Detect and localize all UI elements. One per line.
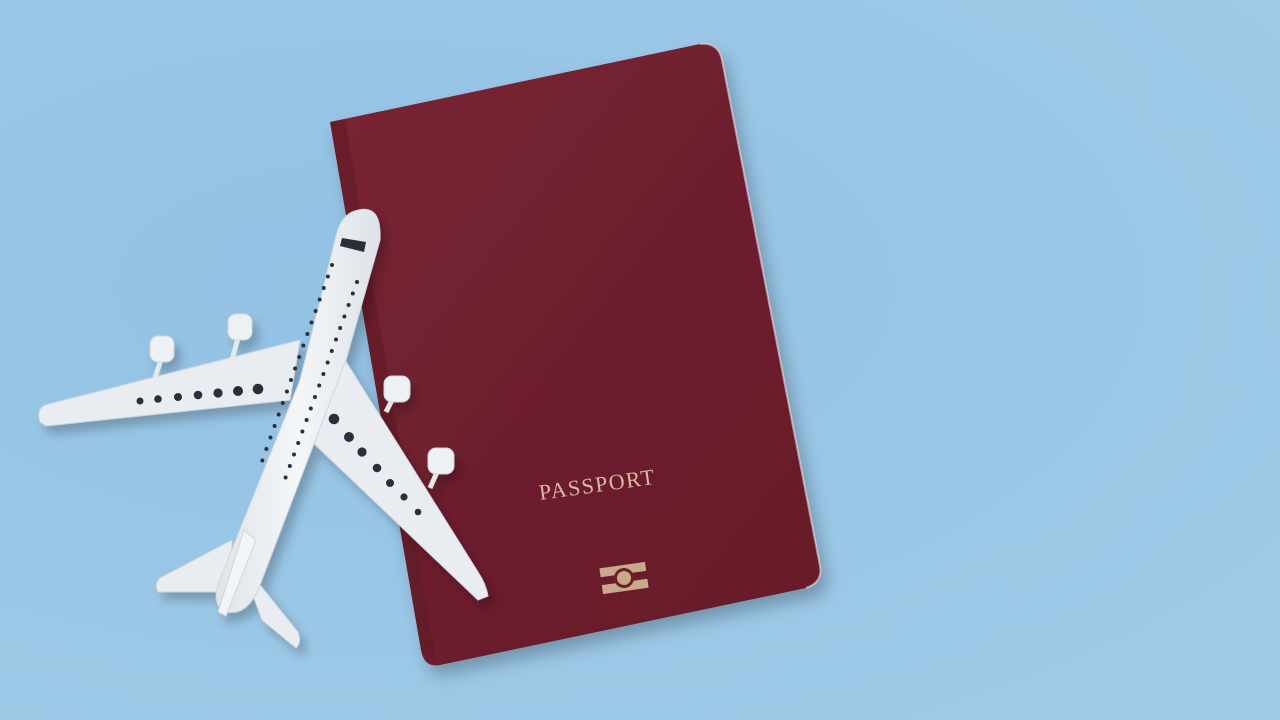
scene-graphics (0, 0, 1280, 720)
photo-scene: PASSPORT (0, 0, 1280, 720)
passport (330, 44, 820, 666)
